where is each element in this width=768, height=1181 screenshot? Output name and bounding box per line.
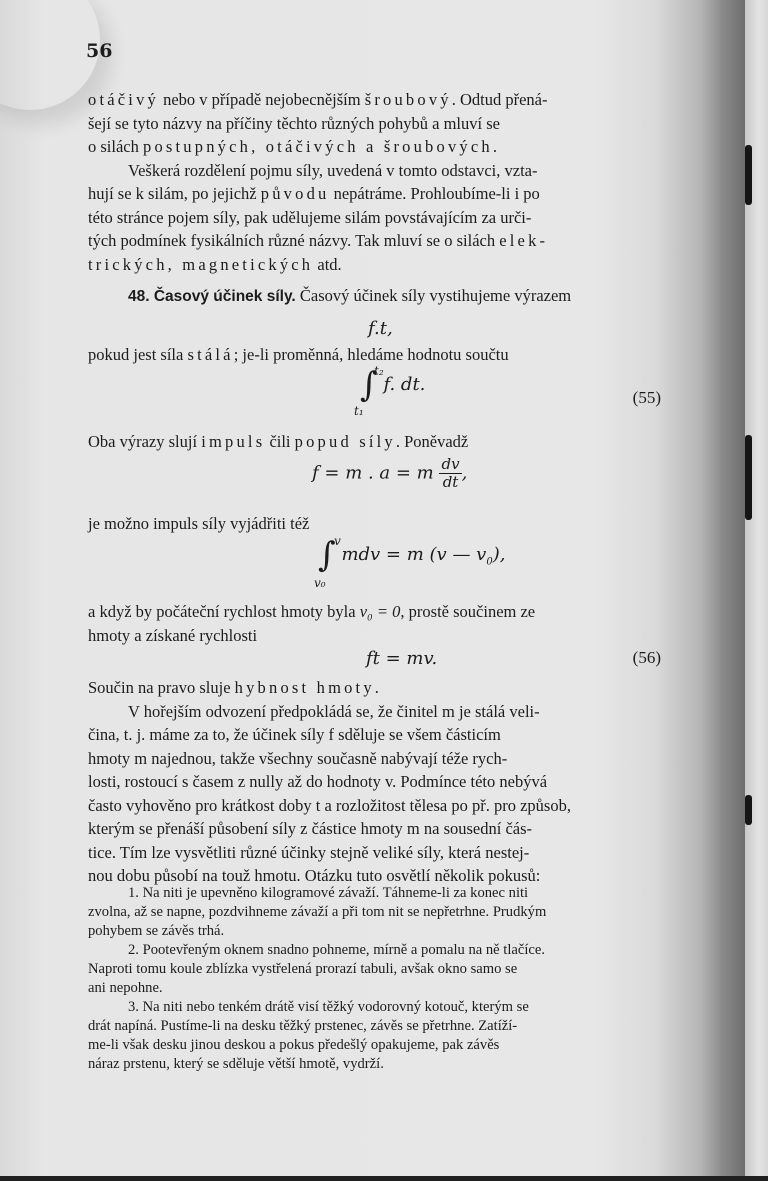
- equation-number-55: (55): [633, 388, 661, 408]
- binding-mark: [745, 145, 752, 205]
- text-block: Součin na pravo sluje hybnost hmoty. V h…: [88, 676, 684, 888]
- fraction-dv-dt: dv dt: [439, 456, 461, 491]
- equation-newton: f = m . a = m dv dt ,: [312, 456, 467, 491]
- experiment-list: 1. Na niti je upevněno kilogramové závaž…: [88, 884, 684, 1074]
- spaced-term: popud síly: [295, 432, 396, 451]
- spaced-term: impuls: [201, 432, 265, 451]
- experiment-3-line: me-li však desku jinou deskou a pokus př…: [88, 1036, 684, 1055]
- text-block: Oba výrazy slují impuls čili popud síly.…: [88, 430, 684, 454]
- inline-math: v₀ = 0: [360, 602, 401, 621]
- text-line: šejí se tyto názvy na příčiny těchto růz…: [88, 112, 684, 136]
- spaced-term: původu: [261, 184, 330, 203]
- spaced-term: hybnost hmoty: [235, 678, 375, 697]
- book-page: 56 otáčivý nebo v případě nejobecnějším …: [0, 0, 745, 1181]
- text-line: tice. Tím lze vysvětliti různé účinky st…: [88, 841, 684, 865]
- spaced-term: trických, magnetických: [88, 255, 313, 274]
- upper-limit: t₂: [374, 364, 384, 378]
- integrand: f. dt.: [383, 374, 425, 395]
- spaced-term: elek-: [499, 231, 548, 250]
- section-48: 48. Časový účinek síly. Časový účinek sí…: [88, 284, 684, 309]
- section-heading: 48. Časový účinek síly.: [128, 288, 296, 305]
- text-line: V hořejším odvození předpokládá se, že č…: [88, 700, 684, 724]
- experiment-1-line: pohybem se závěs trhá.: [88, 922, 684, 941]
- text-line: čina, t. j. máme za to, že účinek síly f…: [88, 723, 684, 747]
- page-number: 56: [86, 40, 112, 62]
- text-line: kterým se přenáší působení síly z částic…: [88, 817, 684, 841]
- text-block: je možno impuls síly vyjádřiti též: [88, 512, 684, 536]
- spaced-term: stálá: [187, 345, 233, 364]
- experiment-3-line: 3. Na niti nebo tenkém drátě visí těžký …: [88, 998, 684, 1017]
- text-line: této stránce pojem síly, pak udělujeme s…: [88, 206, 684, 230]
- experiment-2-line: Naproti tomu koule zblízka vystřelená pr…: [88, 960, 684, 979]
- text-block: pokud jest síla stálá; je-li proměnná, h…: [88, 343, 684, 367]
- binding-mark: [745, 435, 752, 520]
- text-line: hmoty m najednou, takže všechny současně…: [88, 747, 684, 771]
- text-line: Veškerá rozdělení pojmu síly, uvedená v …: [88, 159, 684, 183]
- equation-56: ft = mv.: [366, 648, 437, 669]
- equation-ft: f.t,: [368, 318, 393, 339]
- equation-55: ∫ t₂ t₁ f. dt.: [360, 368, 480, 424]
- binding-mark: [745, 795, 752, 825]
- lower-limit: t₁: [354, 404, 364, 418]
- equation-number-56: (56): [633, 648, 661, 668]
- paragraph-types-of-motion: otáčivý nebo v případě nejobecnějším šro…: [88, 88, 684, 276]
- page-corner-shadow: [0, 0, 100, 110]
- equation-impulse-integral: ∫ v v₀ mdv = m (v — v0),: [318, 538, 578, 598]
- upper-limit: v: [334, 534, 341, 548]
- spaced-term: otáčivý: [88, 90, 159, 109]
- experiment-2-line: 2. Pootevřeným oknem snadno pohneme, mír…: [88, 941, 684, 960]
- lower-limit: v₀: [314, 576, 326, 590]
- experiment-3-line: drát napíná. Pustíme-li na desku těžký p…: [88, 1017, 684, 1036]
- spaced-term: postupných, otáčivých a šroubových: [143, 137, 493, 156]
- text-line: často vyhověno pro krátkost doby t a roz…: [88, 794, 684, 818]
- experiment-1-line: zvolna, až se napne, pozdvihneme závaží …: [88, 903, 684, 922]
- text-block: a když by počáteční rychlost hmoty byla …: [88, 600, 684, 647]
- text-line: losti, rostoucí s časem z nully až do ho…: [88, 770, 684, 794]
- scan-bottom-edge: [0, 1176, 768, 1181]
- experiment-2-line: ani nepohne.: [88, 979, 684, 998]
- experiment-3-line: náraz prstenu, který se sděluje větší hm…: [88, 1055, 684, 1074]
- spaced-term: šroubový: [365, 90, 452, 109]
- experiment-1-line: 1. Na niti je upevněno kilogramové závaž…: [88, 884, 684, 903]
